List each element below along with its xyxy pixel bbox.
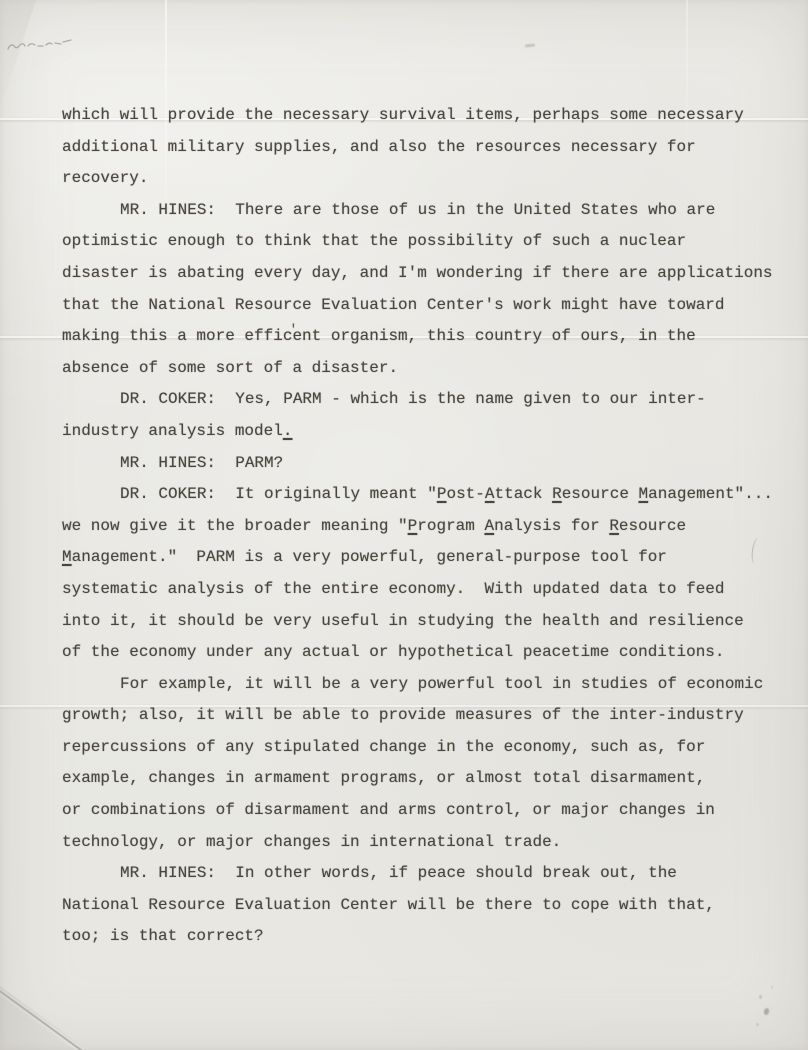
typed-line: into it, it should be very useful in stu… (62, 606, 792, 638)
typed-line: disaster is abating every day, and I'm w… (62, 258, 792, 290)
scanned-page: which will provide the necessary surviva… (0, 0, 808, 1050)
pencil-scribble (6, 34, 72, 54)
typed-line: MR. HINES: There are those of us in the … (62, 195, 792, 227)
typed-line: DR. COKER: Yes, PARM - which is the name… (62, 384, 792, 416)
typed-line: DR. COKER: It originally meant "Post-Att… (62, 479, 792, 511)
ink-speck (759, 995, 762, 999)
typed-line: making this a more effic'ent organism, t… (62, 321, 792, 353)
ink-speck (756, 1023, 759, 1026)
typed-line: industry analysis model. (62, 416, 792, 448)
typed-line: that the National Resource Evaluation Ce… (62, 290, 792, 322)
typed-line: MR. HINES: PARM? (62, 448, 792, 480)
ink-speck (763, 1007, 770, 1015)
typed-line: repercussions of any stipulated change i… (62, 732, 792, 764)
typed-line: we now give it the broader meaning "Prog… (62, 511, 792, 543)
typed-line: which will provide the necessary surviva… (62, 100, 792, 132)
ink-smudge (525, 43, 535, 47)
bottom-left-corner-shade (0, 986, 88, 1050)
typed-line: absence of some sort of a disaster. (62, 353, 792, 385)
ink-speck (771, 986, 773, 989)
typed-line: recovery. (62, 163, 792, 195)
typed-line: For example, it will be a very powerful … (62, 669, 792, 701)
typed-line: of the economy under any actual or hypot… (62, 637, 792, 669)
typed-text: which will provide the necessary surviva… (62, 100, 792, 953)
typed-line: National Resource Evaluation Center will… (62, 890, 792, 922)
typed-line: technology, or major changes in internat… (62, 827, 792, 859)
typed-line: too; is that correct? (62, 921, 792, 953)
typed-line: systematic analysis of the entire econom… (62, 574, 792, 606)
typed-line: optimistic enough to think that the poss… (62, 226, 792, 258)
typed-line: MR. HINES: In other words, if peace shou… (62, 858, 792, 890)
typed-line: Management." PARM is a very powerful, ge… (62, 542, 792, 574)
typed-line: or combinations of disarmament and arms … (62, 795, 792, 827)
top-left-corner-shade (0, 0, 36, 110)
typed-line: growth; also, it will be able to provide… (62, 700, 792, 732)
typed-line: additional military supplies, and also t… (62, 132, 792, 164)
typed-line: example, changes in armament programs, o… (62, 763, 792, 795)
